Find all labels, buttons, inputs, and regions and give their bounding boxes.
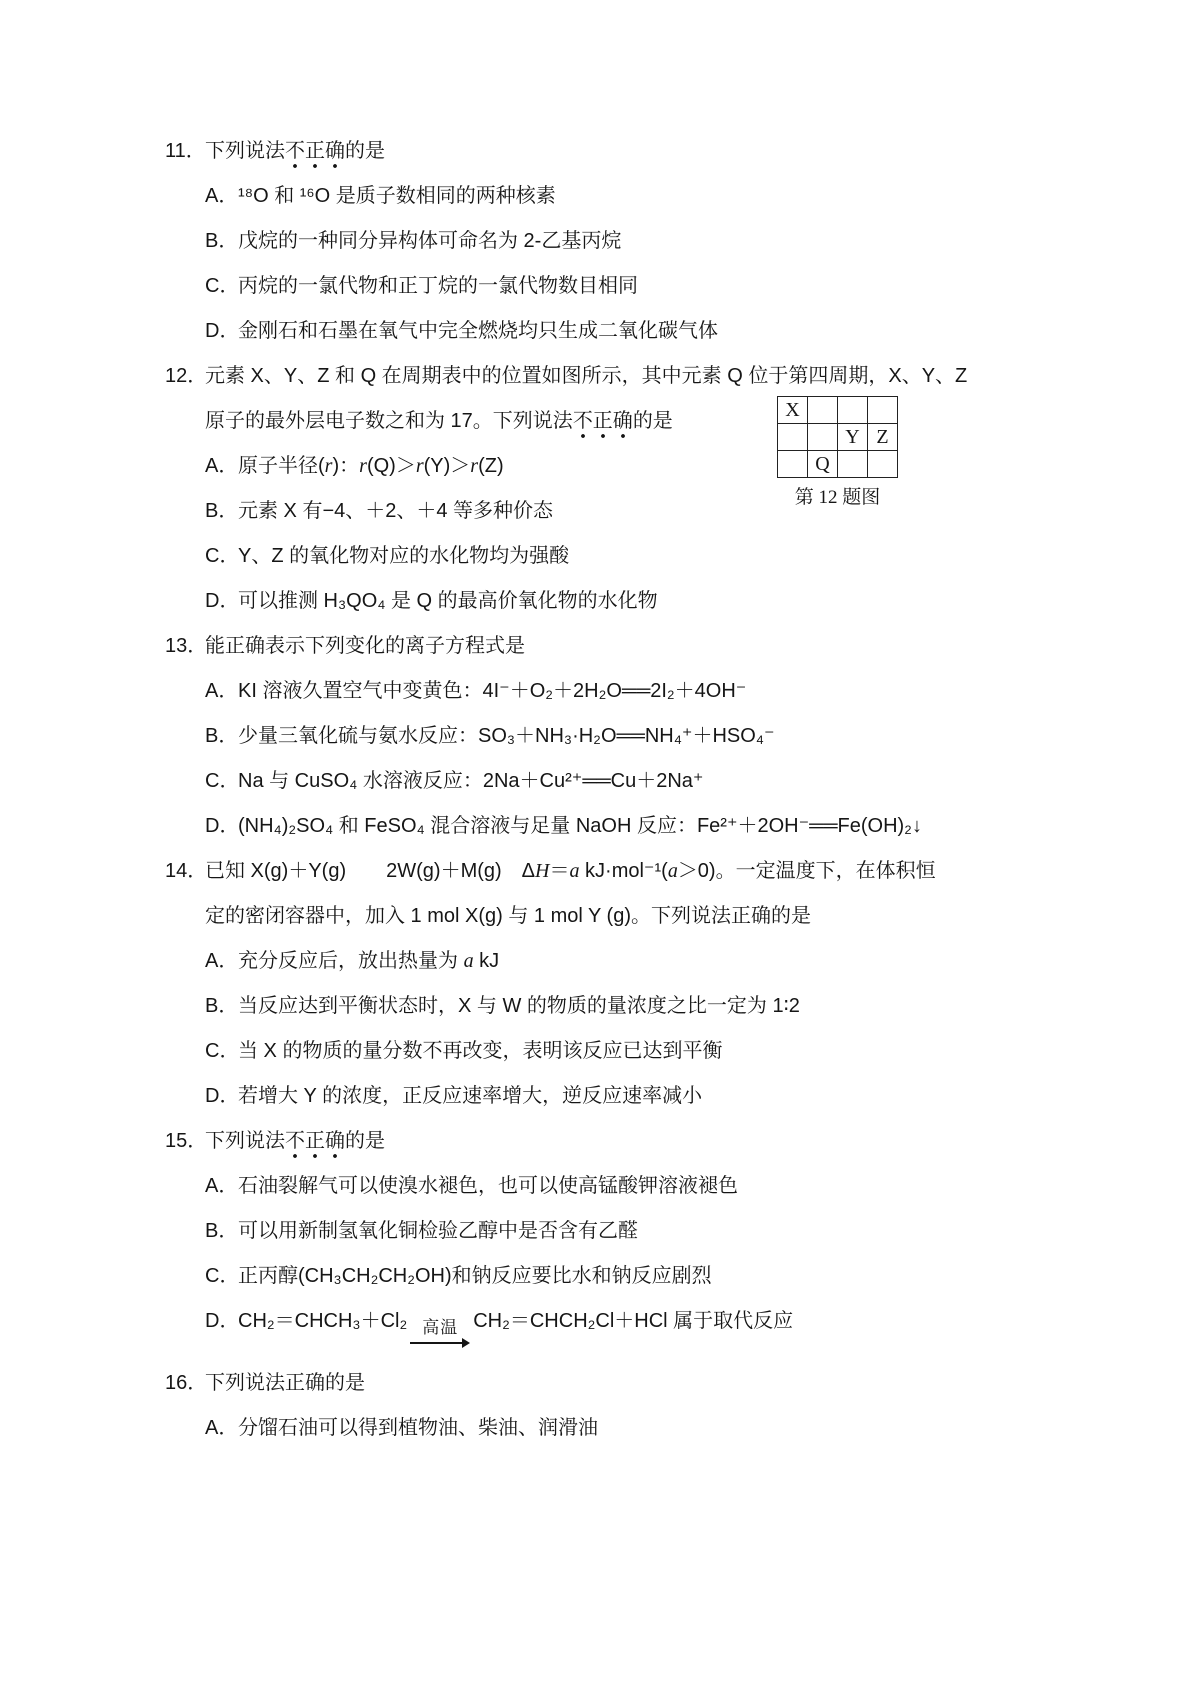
option-label: B． [205, 230, 238, 252]
option-c: C． Na 与 CuSO₄ 水溶液反应：2Na＋Cu²⁺══Cu＋2Na⁺ [165, 770, 1160, 792]
option-text: ¹⁸O 和 ¹⁶O 是质子数相同的两种核素 [238, 185, 556, 207]
period-table-cell: X [778, 397, 808, 424]
exam-page: 11． 下列说法不正确的是 A． ¹⁸O 和 ¹⁶O 是质子数相同的两种核素 B… [0, 0, 1200, 1698]
option-label: C． [205, 770, 238, 792]
option-d: D． 金刚石和石墨在氧气中完全燃烧均只生成二氧化碳气体 [165, 320, 1160, 342]
question-15: 15． 下列说法不正确的是 A． 石油裂解气可以使溴水褪色，也可以使高锰酸钾溶液… [165, 1130, 1160, 1349]
option-text: 若增大 Y 的浓度，正反应速率增大，逆反应速率减小 [238, 1085, 702, 1107]
option-text: 当 X 的物质的量分数不再改变，表明该反应已达到平衡 [238, 1040, 722, 1062]
stem-text: 原子的最外层电子数之和为 17。下列说法不正确的是 [205, 410, 673, 432]
question-number: 12． [165, 365, 205, 387]
option-text: 当反应达到平衡状态时，X 与 W 的物质的量浓度之比一定为 1∶2 [238, 995, 800, 1017]
option-label: D． [205, 815, 238, 837]
question-number: 14． [165, 860, 205, 882]
option-a: A． 原子半径(r)：r(Q)＞r(Y)＞r(Z) [165, 455, 1160, 477]
option-text: CH₂＝CHCH₃＋Cl₂高温CH₂＝CHCH₂Cl＋HCl 属于取代反应 [238, 1310, 793, 1349]
reaction-left: CH₂＝CHCH₃＋Cl₂ [238, 1310, 407, 1332]
question-stem: 14． 已知 X(g)＋Y(g) 2W(g)＋M(g) ΔH＝a kJ·mol⁻… [165, 860, 1160, 882]
periodic-table-figure: X Y Z Q 第 12 题图 [777, 396, 898, 509]
option-label: B． [205, 500, 238, 522]
option-text: (NH₄)₂SO₄ 和 FeSO₄ 混合溶液与足量 NaOH 反应：Fe²⁺＋2… [238, 815, 922, 837]
question-stem: 13． 能正确表示下列变化的离子方程式是 [165, 635, 1160, 657]
stem-text: 元素 X、Y、Z 和 Q 在周期表中的位置如图所示，其中元素 Q 位于第四周期，… [205, 365, 967, 387]
option-text: KI 溶液久置空气中变黄色：4I⁻＋O₂＋2H₂O══2I₂＋4OH⁻ [238, 680, 746, 702]
option-label: A． [205, 1417, 238, 1439]
period-table-cell [838, 397, 868, 424]
option-label: D． [205, 1085, 238, 1107]
question-11: 11． 下列说法不正确的是 A． ¹⁸O 和 ¹⁶O 是质子数相同的两种核素 B… [165, 140, 1160, 342]
stem-text: 下列说法不正确的是 [205, 140, 385, 162]
periodic-table-grid: X Y Z Q [777, 396, 898, 478]
option-text: 正丙醇(CH₃CH₂CH₂OH)和钠反应要比水和钠反应剧烈 [238, 1265, 712, 1287]
question-13: 13． 能正确表示下列变化的离子方程式是 A． KI 溶液久置空气中变黄色：4I… [165, 635, 1160, 837]
option-label: D． [205, 320, 238, 342]
question-16: 16． 下列说法正确的是 A． 分馏石油可以得到植物油、柴油、润滑油 [165, 1372, 1160, 1439]
question-stem: 16． 下列说法正确的是 [165, 1372, 1160, 1394]
figure-caption: 第 12 题图 [777, 482, 898, 509]
stem-text: 下列说法不正确的是 [205, 1130, 385, 1152]
option-label: A． [205, 185, 238, 207]
option-a: A． 石油裂解气可以使溴水褪色，也可以使高锰酸钾溶液褪色 [165, 1175, 1160, 1197]
option-text: 少量三氧化硫与氨水反应：SO₃＋NH₃·H₂O══NH₄⁺＋HSO₄⁻ [238, 725, 775, 747]
option-b: B． 当反应达到平衡状态时，X 与 W 的物质的量浓度之比一定为 1∶2 [165, 995, 1160, 1017]
option-text: 金刚石和石墨在氧气中完全燃烧均只生成二氧化碳气体 [238, 320, 718, 342]
period-table-cell: Z [868, 424, 898, 451]
option-label: A． [205, 680, 238, 702]
period-table-cell [808, 424, 838, 451]
option-label: C． [205, 1265, 238, 1287]
period-table-cell: Q [808, 451, 838, 478]
option-b: B． 可以用新制氢氧化铜检验乙醇中是否含有乙醛 [165, 1220, 1160, 1242]
option-label: C． [205, 545, 238, 567]
option-d: D． 可以推测 H₃QO₄ 是 Q 的最高价氧化物的水化物 [165, 590, 1160, 612]
option-label: D． [205, 590, 238, 612]
question-number: 13． [165, 635, 205, 657]
option-text: 石油裂解气可以使溴水褪色，也可以使高锰酸钾溶液褪色 [238, 1175, 738, 1197]
option-b: B． 少量三氧化硫与氨水反应：SO₃＋NH₃·H₂O══NH₄⁺＋HSO₄⁻ [165, 725, 1160, 747]
option-text: 分馏石油可以得到植物油、柴油、润滑油 [238, 1417, 598, 1439]
question-stem: 15． 下列说法不正确的是 [165, 1130, 1160, 1152]
question-14: 14． 已知 X(g)＋Y(g) 2W(g)＋M(g) ΔH＝a kJ·mol⁻… [165, 860, 1160, 1107]
option-label: D． [205, 1310, 238, 1332]
option-c: C． 丙烷的一氯代物和正丁烷的一氯代物数目相同 [165, 275, 1160, 297]
option-a: A． ¹⁸O 和 ¹⁶O 是质子数相同的两种核素 [165, 185, 1160, 207]
reaction-condition-arrow: 高温 [410, 1319, 470, 1349]
option-text: 丙烷的一氯代物和正丁烷的一氯代物数目相同 [238, 275, 638, 297]
question-stem: 12． 元素 X、Y、Z 和 Q 在周期表中的位置如图所示，其中元素 Q 位于第… [165, 365, 1160, 387]
option-a: A． 分馏石油可以得到植物油、柴油、润滑油 [165, 1417, 1160, 1439]
table-row: Q [778, 451, 898, 478]
option-text: Y、Z 的氧化物对应的水化物均为强酸 [238, 545, 569, 567]
option-text: 充分反应后，放出热量为 a kJ [238, 950, 499, 972]
stem-text: 定的密闭容器中，加入 1 mol X(g) 与 1 mol Y (g)。下列说法… [205, 905, 811, 927]
period-table-cell [868, 451, 898, 478]
question-number: 16． [165, 1372, 205, 1394]
option-text: 可以用新制氢氧化铜检验乙醇中是否含有乙醛 [238, 1220, 638, 1242]
question-number: 11． [165, 140, 205, 162]
table-row: X [778, 397, 898, 424]
option-text: 元素 X 有−4、＋2、＋4 等多种价态 [238, 500, 553, 522]
option-c: C． Y、Z 的氧化物对应的水化物均为强酸 [165, 545, 1160, 567]
stem-text: 能正确表示下列变化的离子方程式是 [205, 635, 525, 657]
option-label: A． [205, 455, 238, 477]
option-b: B． 元素 X 有−4、＋2、＋4 等多种价态 [165, 500, 1160, 522]
question-stem-line2: 原子的最外层电子数之和为 17。下列说法不正确的是 [165, 410, 1160, 432]
stem-text: 下列说法正确的是 [205, 1372, 365, 1394]
reaction-condition-label: 高温 [422, 1319, 458, 1337]
right-arrow-icon [410, 1337, 470, 1349]
period-table-cell [778, 424, 808, 451]
period-table-cell [868, 397, 898, 424]
option-d: D． 若增大 Y 的浓度，正反应速率增大，逆反应速率减小 [165, 1085, 1160, 1107]
option-text: 可以推测 H₃QO₄ 是 Q 的最高价氧化物的水化物 [238, 590, 658, 612]
stem-text: 已知 X(g)＋Y(g) 2W(g)＋M(g) ΔH＝a kJ·mol⁻¹(a＞… [205, 860, 936, 882]
option-c: C． 正丙醇(CH₃CH₂CH₂OH)和钠反应要比水和钠反应剧烈 [165, 1265, 1160, 1287]
option-a: A． 充分反应后，放出热量为 a kJ [165, 950, 1160, 972]
question-stem: 11． 下列说法不正确的是 [165, 140, 1160, 162]
table-row: Y Z [778, 424, 898, 451]
option-text: Na 与 CuSO₄ 水溶液反应：2Na＋Cu²⁺══Cu＋2Na⁺ [238, 770, 704, 792]
option-d: D． CH₂＝CHCH₃＋Cl₂高温CH₂＝CHCH₂Cl＋HCl 属于取代反应 [165, 1310, 1160, 1349]
period-table-cell [778, 451, 808, 478]
option-label: A． [205, 1175, 238, 1197]
option-d: D． (NH₄)₂SO₄ 和 FeSO₄ 混合溶液与足量 NaOH 反应：Fe²… [165, 815, 1160, 837]
reaction-right: CH₂＝CHCH₂Cl＋HCl 属于取代反应 [473, 1310, 793, 1332]
option-a: A． KI 溶液久置空气中变黄色：4I⁻＋O₂＋2H₂O══2I₂＋4OH⁻ [165, 680, 1160, 702]
option-label: A． [205, 950, 238, 972]
option-b: B． 戊烷的一种同分异构体可命名为 2-乙基丙烷 [165, 230, 1160, 252]
question-12: 12． 元素 X、Y、Z 和 Q 在周期表中的位置如图所示，其中元素 Q 位于第… [165, 365, 1160, 612]
option-label: B． [205, 995, 238, 1017]
option-text: 戊烷的一种同分异构体可命名为 2-乙基丙烷 [238, 230, 621, 252]
period-table-cell [838, 451, 868, 478]
period-table-cell [808, 397, 838, 424]
option-label: C． [205, 275, 238, 297]
question-stem-line2: 定的密闭容器中，加入 1 mol X(g) 与 1 mol Y (g)。下列说法… [165, 905, 1160, 927]
option-label: B． [205, 1220, 238, 1242]
option-label: C． [205, 1040, 238, 1062]
option-text: 原子半径(r)：r(Q)＞r(Y)＞r(Z) [238, 455, 504, 477]
period-table-cell: Y [838, 424, 868, 451]
option-label: B． [205, 725, 238, 747]
question-number: 15． [165, 1130, 205, 1152]
option-c: C． 当 X 的物质的量分数不再改变，表明该反应已达到平衡 [165, 1040, 1160, 1062]
